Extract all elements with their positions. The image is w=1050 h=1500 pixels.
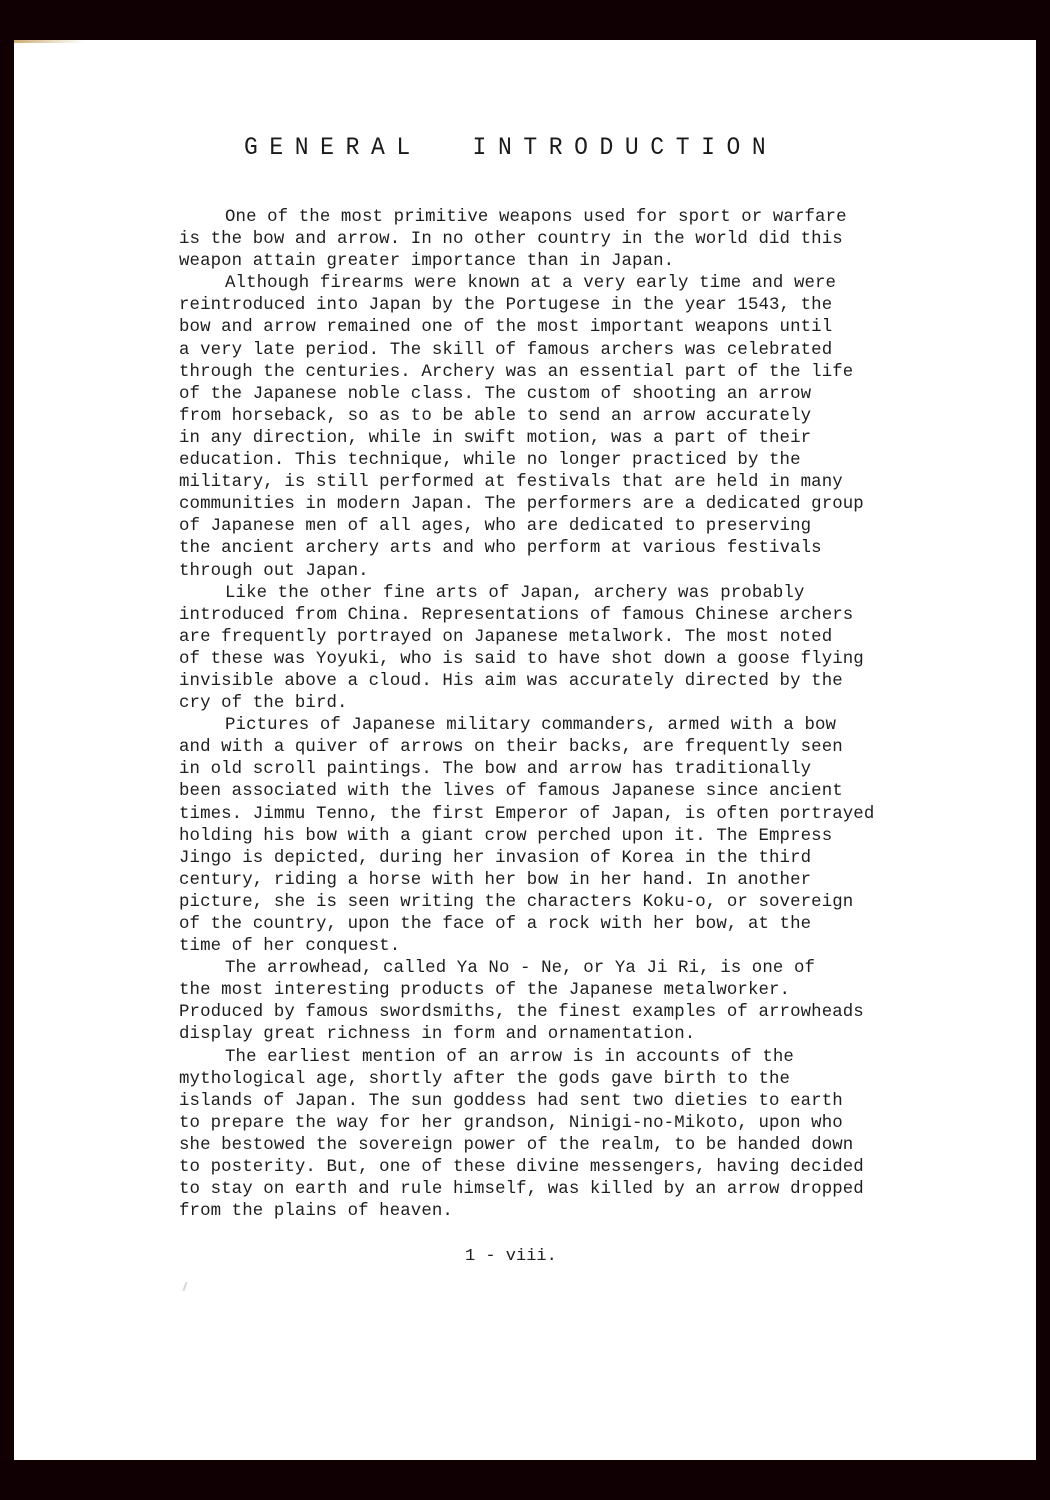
text-line: holding his bow with a giant crow perche… [179,826,874,848]
paragraph: The earliest mention of an arrow is in a… [179,1047,874,1224]
text-line: from horseback, so as to be able to send… [179,406,874,428]
text-line: education. This technique, while no long… [179,450,874,472]
text-line: of Japanese men of all ages, who are ded… [179,516,874,538]
text-line: military, is still performed at festival… [179,472,874,494]
text-line: she bestowed the sovereign power of the … [179,1135,874,1157]
text-line: in old scroll paintings. The bow and arr… [179,759,874,781]
text-line: of the Japanese noble class. The custom … [179,384,874,406]
text-line: of these was Yoyuki, who is said to have… [179,649,874,671]
text-line: islands of Japan. The sun goddess had se… [179,1091,874,1113]
paragraph: Pictures of Japanese military commanders… [179,715,874,958]
text-line: The earliest mention of an arrow is in a… [179,1047,874,1069]
text-line: to posterity. But, one of these divine m… [179,1157,874,1179]
text-line: invisible above a cloud. His aim was acc… [179,671,874,693]
text-line: introduced from China. Representations o… [179,605,874,627]
paragraph: One of the most primitive weapons used f… [179,207,874,273]
text-line: are frequently portrayed on Japanese met… [179,627,874,649]
text-line: the most interesting products of the Jap… [179,980,874,1002]
text-line: through the centuries. Archery was an es… [179,362,874,384]
text-line: bow and arrow remained one of the most i… [179,317,874,339]
paragraph: Like the other fine arts of Japan, arche… [179,583,874,716]
text-line: Jingo is depicted, during her invasion o… [179,848,874,870]
text-line: One of the most primitive weapons used f… [179,207,874,229]
document-page: GENERAL INTRODUCTION One of the most pri… [14,40,1036,1460]
text-line: from the plains of heaven. [179,1201,874,1223]
text-line: Produced by famous swordsmiths, the fine… [179,1002,874,1024]
text-line: to prepare the way for her grandson, Nin… [179,1113,874,1135]
text-line: century, riding a horse with her bow in … [179,870,874,892]
page-number: 1 - viii. [465,1247,557,1266]
paper-stain [14,40,84,43]
text-line: communities in modern Japan. The perform… [179,494,874,516]
text-line: times. Jimmu Tenno, the first Emperor of… [179,804,874,826]
paper-speck [183,1282,188,1291]
text-line: mythological age, shortly after the gods… [179,1069,874,1091]
text-line: to stay on earth and rule himself, was k… [179,1179,874,1201]
text-line: Although firearms were known at a very e… [179,273,874,295]
text-line: of the country, upon the face of a rock … [179,914,874,936]
text-line: the ancient archery arts and who perform… [179,538,874,560]
paragraph: Although firearms were known at a very e… [179,273,874,582]
text-line: weapon attain greater importance than in… [179,251,874,273]
body-text: One of the most primitive weapons used f… [179,207,874,1223]
text-line: a very late period. The skill of famous … [179,340,874,362]
text-line: time of her conquest. [179,936,874,958]
text-line: been associated with the lives of famous… [179,781,874,803]
text-line: and with a quiver of arrows on their bac… [179,737,874,759]
text-line: Pictures of Japanese military commanders… [179,715,874,737]
text-line: is the bow and arrow. In no other countr… [179,229,874,251]
page-title: GENERAL INTRODUCTION [244,133,777,162]
paragraph: The arrowhead, called Ya No - Ne, or Ya … [179,958,874,1046]
text-line: reintroduced into Japan by the Portugese… [179,295,874,317]
text-line: in any direction, while in swift motion,… [179,428,874,450]
text-line: picture, she is seen writing the charact… [179,892,874,914]
text-line: The arrowhead, called Ya No - Ne, or Ya … [179,958,874,980]
text-line: Like the other fine arts of Japan, arche… [179,583,874,605]
text-line: display great richness in form and ornam… [179,1024,874,1046]
text-line: cry of the bird. [179,693,874,715]
text-line: through out Japan. [179,561,874,583]
